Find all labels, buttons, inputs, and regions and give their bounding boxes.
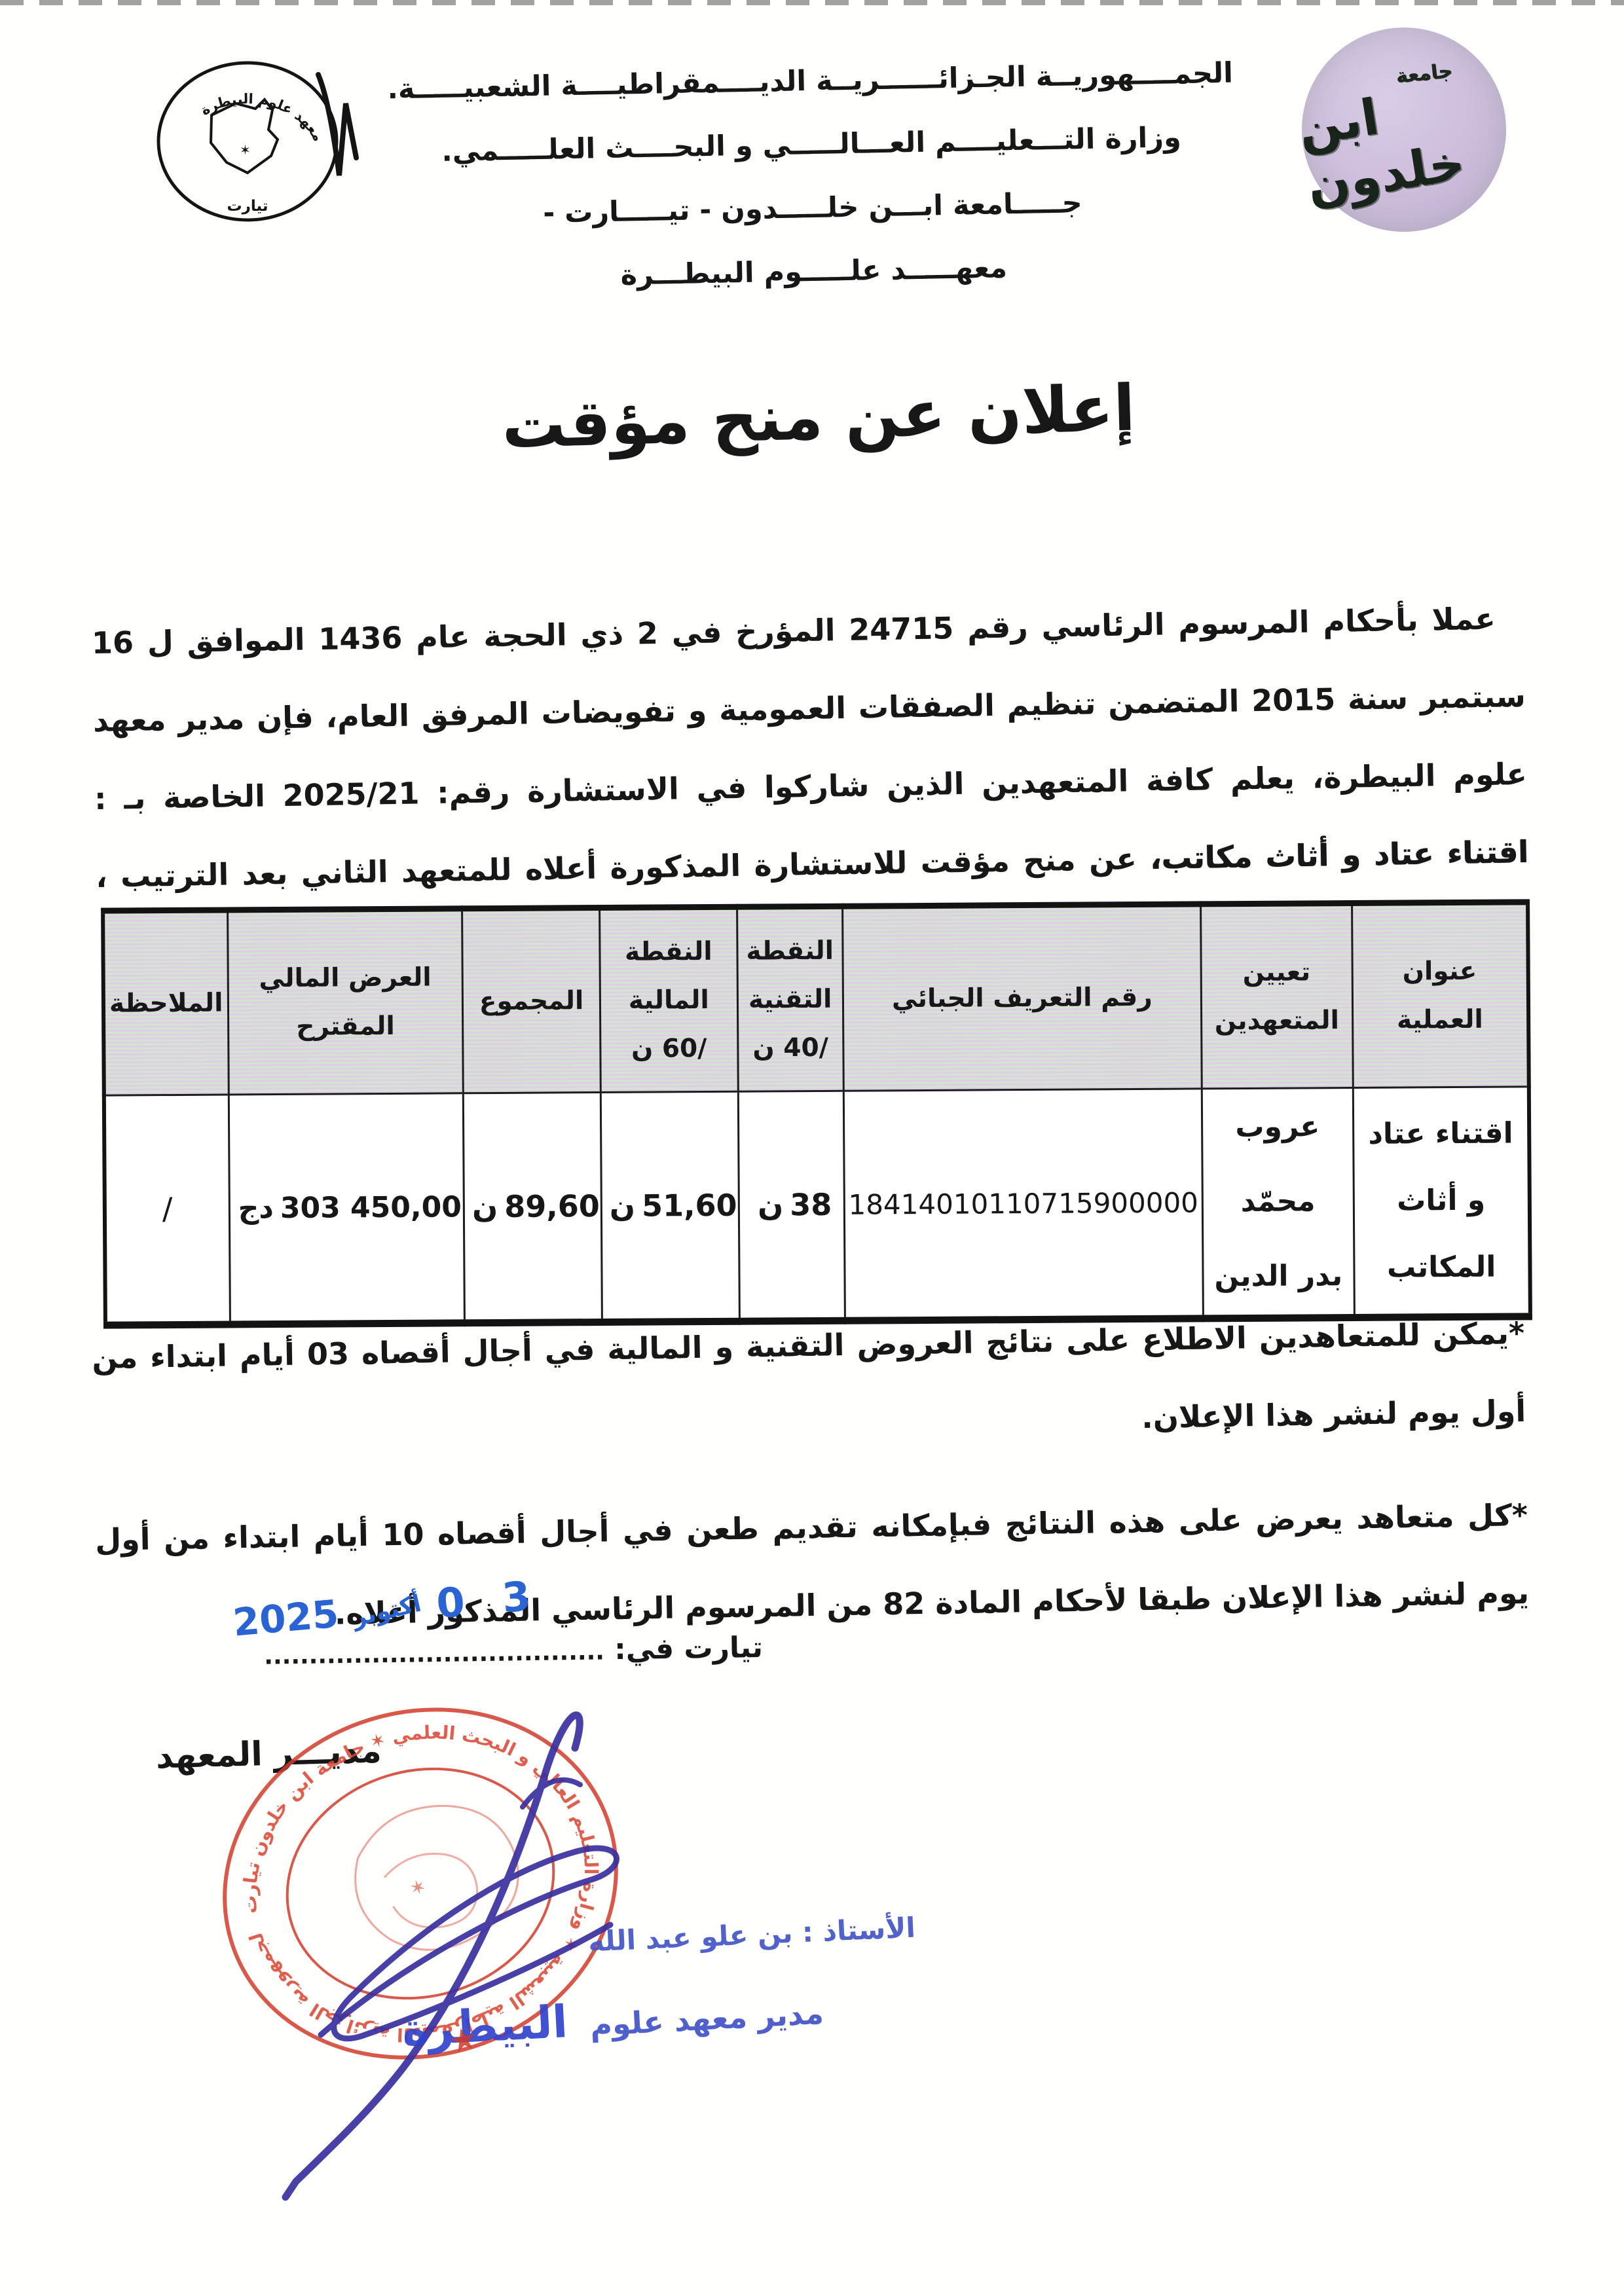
stamp-emblem-scribble-inner [381,1842,486,1939]
financial-score-value: 51,60 [642,1188,737,1224]
intro-operation-bold: اقتناء عتاد و أثاث مكاتب، [1150,834,1529,876]
financial-offer-currency: دج [238,1192,274,1225]
scan-edge-artifact [0,0,1624,5]
date-stamp-year: 2025 [231,1592,341,1645]
signer-role-part2: البيطرة [401,1996,569,2056]
technical-score-value: 38 [790,1187,832,1222]
cell-financial-offer: 303 450,00دج [229,1093,465,1324]
col-header-bidder: تعيين المتعهدين [1200,903,1352,1089]
col-header-technical-score: النقطة التقنية /40 ن [737,906,843,1091]
financial-score-unit: ن [610,1188,636,1224]
letterhead: الجمــــهوريــة الجـزائــــــريــة الديـ… [279,39,1344,314]
col-header-operation: عنوان العملية [1352,902,1529,1088]
award-table-wrapper: عنوان العملية تعيين المتعهدين رقم التعري… [101,899,1532,1328]
col-header-total: المجموع [462,908,601,1093]
place-label: تيارت في: [614,1631,763,1666]
table-header-row: عنوان العملية تعيين المتعهدين رقم التعري… [103,902,1529,1095]
cell-operation: اقتناء عتاد و أثاث المكاتب [1353,1087,1530,1318]
stamp-center-star: ✶ [407,1874,429,1901]
col-header-remark: الملاحظة [103,910,229,1095]
algeria-map-outline [211,100,278,173]
col-header-tax-id: رقم التعريف الجبائي [842,904,1202,1091]
cell-total-score: 89,60ن [463,1093,602,1323]
technical-score-unit: ن [758,1187,784,1222]
seal-star-mark: ✶ [240,142,251,158]
award-table: عنوان العملية تعيين المتعهدين رقم التعري… [101,899,1532,1328]
cell-financial-score: 51,60ن [600,1091,739,1322]
cell-remark: / [104,1095,230,1325]
seal-ring-bottom-text: تيارت [227,198,268,215]
cell-tax-id: 18414010110715900000 [843,1089,1203,1321]
total-score-unit: ن [472,1189,498,1224]
note-results-access: *يمكن للمتعاهدين الاطلاع على نتائج العرو… [91,1294,1526,1475]
signer-role-part1: مدير معهد علوم [589,1995,824,2043]
total-score-value: 89,60 [504,1188,600,1224]
stamp-emblem-scribble [338,1785,535,1969]
date-stamp-day: 3 0 [434,1571,544,1628]
col-header-financial-offer: العرض المالي المقترح [227,909,463,1095]
col-header-financial-score: النقطة المالية /60 ن [600,907,739,1092]
date-stamp-month: أكتوبر [350,1590,424,1632]
table-row: اقتناء عتاد و أثاث المكاتب عروب محمّد بد… [104,1087,1530,1325]
cell-technical-score: 38ن [738,1091,845,1321]
financial-offer-amount: 303 450,00 [280,1190,462,1225]
document-title: إعلان عن منح مؤقت [477,371,1160,464]
dotted-line: ...................................... [264,1638,604,1669]
document-page: معهد علوم البيطرة تيارت ✶ جامعة ابن خلدو… [0,0,1624,2296]
cell-bidder: عروب محمّد بدر الدين [1202,1087,1354,1318]
intro-text-part1: عملا بأحكام المرسوم الرئاسي رقم 24715 ال… [92,601,1528,816]
